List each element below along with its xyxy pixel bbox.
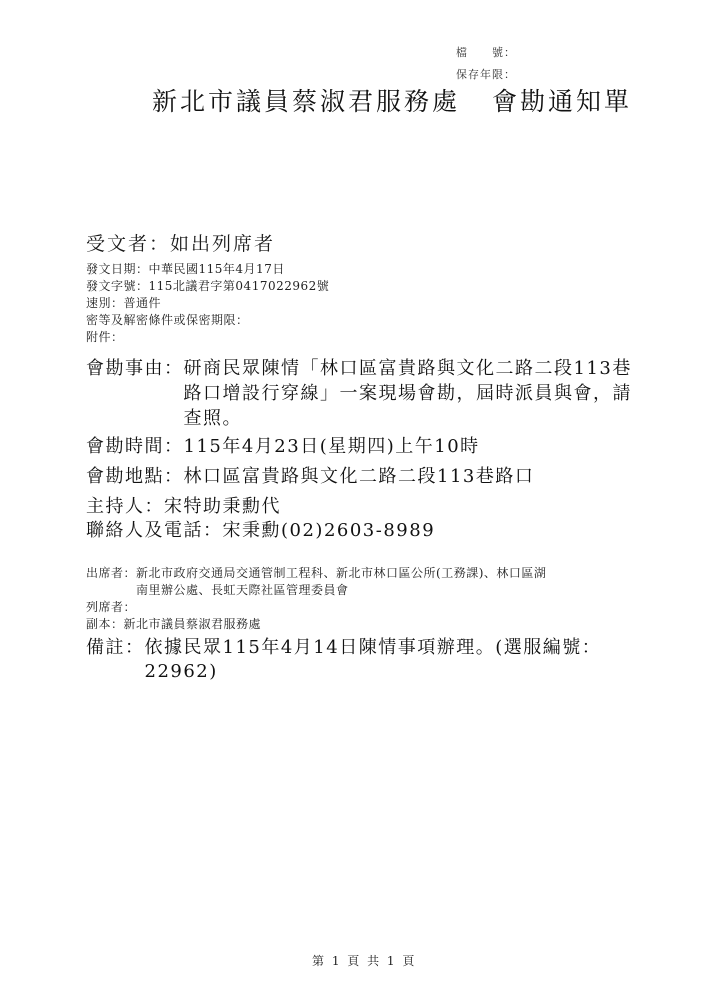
- issue-info: 發文日期：中華民國115年4月17日 發文字號：115北議君字第04170229…: [86, 261, 329, 346]
- subject-line: 查照。: [184, 406, 633, 431]
- subject-line: 研商民眾陳情「林口區富貴路與文化二路二段113巷: [184, 356, 633, 381]
- document-type: 會勘通知單: [492, 87, 632, 116]
- office-name: 新北市議員蔡淑君服務處: [152, 87, 460, 116]
- document-number: 發文字號：115北議君字第0417022962號: [86, 278, 329, 295]
- remarks-line: 22962): [145, 660, 602, 684]
- remarks: 備註： 依據民眾115年4月14日陳情事項辦理。(選服編號： 22962): [86, 636, 601, 684]
- inspection-time: 會勘時間：115年4月23日(星期四)上午10時: [86, 432, 480, 458]
- attachments-label: 附件：: [86, 330, 124, 344]
- recipient: 受文者：如出列席者: [86, 229, 275, 256]
- observers-label: 列席者：: [86, 600, 136, 614]
- location-label: 會勘地點：: [86, 466, 184, 487]
- remarks-label: 備註：: [86, 636, 145, 684]
- location-value: 林口區富貴路與文化二路二段113巷路口: [184, 466, 535, 487]
- issue-date-value: 中華民國115年4月17日: [149, 262, 285, 276]
- issue-date: 發文日期：中華民國115年4月17日: [86, 261, 329, 278]
- attendees-line: 南里辦公處、長虹天際社區管理委員會: [136, 582, 546, 599]
- confidentiality: 密等及解密條件或保密期限：: [86, 312, 329, 329]
- recipient-label: 受文者：: [86, 233, 170, 255]
- issue-date-label: 發文日期：: [86, 262, 149, 276]
- attendees-line: 新北市政府交通局交通管制工程科、新北市林口區公所(工務課)、林口區湖: [136, 565, 546, 582]
- contact-label: 聯絡人及電話：: [86, 520, 223, 541]
- contact-value: 宋秉勳(02)2603-8989: [223, 520, 436, 541]
- urgency: 速別：普通件: [86, 295, 329, 312]
- document-number-value: 115北議君字第0417022962號: [149, 279, 330, 293]
- urgency-label: 速別：: [86, 296, 124, 310]
- time-label: 會勘時間：: [86, 436, 184, 457]
- time-value: 115年4月23日(星期四)上午10時: [184, 436, 480, 457]
- inspection-subject: 會勘事由： 研商民眾陳情「林口區富貴路與文化二路二段113巷 路口增設行穿線」一…: [86, 356, 632, 431]
- host-label: 主持人：: [86, 496, 164, 517]
- urgency-value: 普通件: [124, 296, 162, 310]
- page-title: 新北市議員蔡淑君服務處會勘通知單: [152, 82, 632, 118]
- document-number-label: 發文字號：: [86, 279, 149, 293]
- file-number-label: 檔 號：: [456, 44, 516, 60]
- host-value: 宋特助秉勳代: [164, 496, 281, 517]
- attendees-label: 出席者：: [86, 565, 136, 599]
- copy-to: 副本：新北市議員蔡淑君服務處: [86, 616, 546, 633]
- recipient-value: 如出列席者: [170, 233, 275, 255]
- subject-line: 路口增設行穿線」一案現場會勘，屆時派員與會，請: [184, 381, 633, 406]
- copy-value: 新北市議員蔡淑君服務處: [124, 617, 262, 631]
- distribution: 出席者： 新北市政府交通局交通管制工程科、新北市林口區公所(工務課)、林口區湖 …: [86, 565, 546, 633]
- copy-label: 副本：: [86, 617, 124, 631]
- observers: 列席者：: [86, 599, 546, 616]
- confidentiality-label: 密等及解密條件或保密期限：: [86, 313, 249, 327]
- host: 主持人：宋特助秉勳代: [86, 492, 281, 518]
- remarks-line: 依據民眾115年4月14日陳情事項辦理。(選服編號：: [145, 636, 602, 660]
- retention-period-label: 保存年限：: [456, 66, 516, 82]
- inspection-location: 會勘地點：林口區富貴路與文化二路二段113巷路口: [86, 462, 534, 488]
- subject-label: 會勘事由：: [86, 356, 184, 431]
- attachments: 附件：: [86, 329, 329, 346]
- attendees: 出席者： 新北市政府交通局交通管制工程科、新北市林口區公所(工務課)、林口區湖 …: [86, 565, 546, 599]
- page-number: 第 1 頁 共 1 頁: [312, 952, 416, 969]
- contact: 聯絡人及電話：宋秉勳(02)2603-8989: [86, 516, 435, 542]
